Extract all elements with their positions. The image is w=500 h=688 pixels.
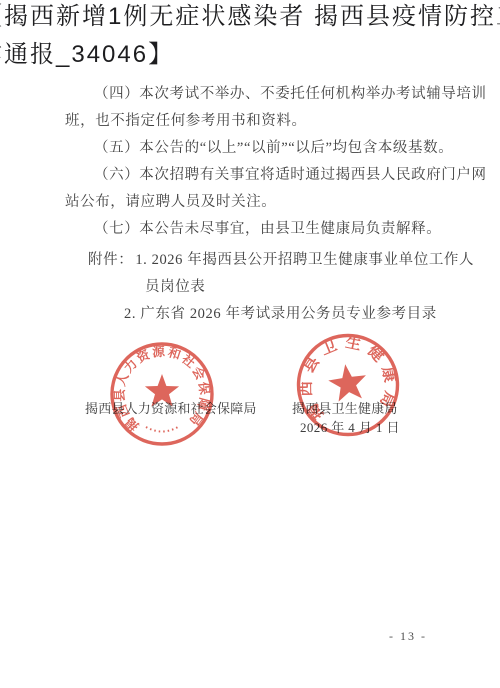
page-number: - 13 -	[389, 629, 427, 644]
paragraph-line: （五）本公告的“以上”“以前”“以后”均包含本级基数。	[65, 135, 465, 162]
svg-text:揭西县人力资源和社会保障局: 揭西县人力资源和社会保障局	[113, 344, 213, 434]
attachments-label: 附件：	[88, 252, 133, 268]
official-seal-hr-bureau-icon: 揭西县人力资源和社会保障局	[108, 340, 216, 448]
attachment-item-1: 1. 2026 年揭西县公开招聘卫生健康事业单位工作人	[135, 252, 474, 268]
paragraph-line: （四）本次考试不举办、不委托任何机构举办考试辅导培训	[65, 81, 465, 108]
paragraph-line: （七）本公告未尽事宜，由县卫生健康局负责解释。	[65, 216, 465, 243]
paragraph-line: （六）本次招聘有关事宜将适时通过揭西县人民政府门户网	[65, 162, 465, 189]
document-body: （四）本次考试不举办、不委托任何机构举办考试辅导培训 班，也不指定任何参考用书和…	[65, 81, 465, 328]
signature-org-left: 揭西县人力资源和社会保障局	[85, 398, 257, 417]
seal-ring-text-left: 揭西县人力资源和社会保障局	[113, 344, 213, 434]
document-page: 【揭西新增1例无症状感染者 揭西县疫情防控工 作通报_34046】 （四）本次考…	[0, 0, 500, 688]
signature-date: 2026 年 4 月 1 日	[300, 417, 400, 436]
attachment-line: 附件：1. 2026 年揭西县公开招聘卫生健康事业单位工作人	[65, 247, 465, 274]
signature-org-right: 揭西县卫生健康局	[292, 398, 398, 417]
attachment-item-2: 2. 广东省 2026 年考试录用公务员专业参考目录	[65, 301, 465, 328]
attachments-block: 附件：1. 2026 年揭西县公开招聘卫生健康事业单位工作人 员岗位表 2. 广…	[65, 247, 465, 328]
seal-serial-dots	[146, 427, 178, 432]
attachment-line: 员岗位表	[65, 274, 465, 301]
document-scan: （四）本次考试不举办、不委托任何机构举办考试辅导培训 班，也不指定任何参考用书和…	[0, 0, 500, 688]
paragraph-line: 站公布，请应聘人员及时关注。	[65, 189, 465, 216]
paragraph-line: 班，也不指定任何参考用书和资料。	[65, 108, 465, 135]
